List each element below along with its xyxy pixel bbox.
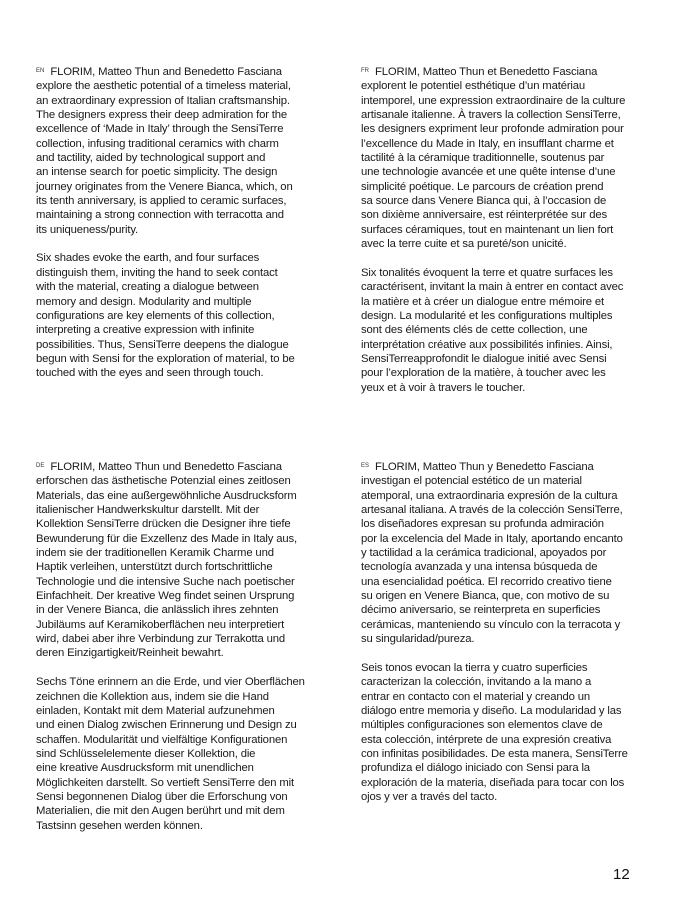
text-line: son dixième anniversaire, est réinterpré… [361,208,671,222]
text-line: yeux et à voir à travers le toucher. [361,381,671,395]
text-line: ENFLORIM, Matteo Thun and Benedetto Fasc… [36,64,346,79]
text-line: interprétation créative aux possibilités… [361,338,671,352]
text-line: touched with the eyes and seen through t… [36,366,346,380]
text-line: journey originates from the Venere Bianc… [36,180,346,194]
text-line: memory and design. Modularity and multip… [36,295,346,309]
language-tag: ES [361,463,369,469]
text-block-spanish: ESFLORIM, Matteo Thun y Benedetto Fascia… [361,459,671,804]
text-line: entrar en contacto con el material y cre… [361,690,671,704]
text-line: Technologie und die intensive Suche nach… [36,575,346,589]
text-line: profundiza el diálogo iniciado con Sensi… [361,761,671,775]
text-line: Sechs Töne erinnern an die Erde, und vie… [36,675,346,689]
text-line: intemporel, une expression extraordinair… [361,94,671,108]
text-line: begun with Sensi for the exploration of … [36,352,346,366]
text-line: Materials, das eine außergewöhnliche Aus… [36,489,346,503]
text-line: Tastsinn gesehen werden können. [36,819,346,833]
text-line: Six shades evoke the earth, and four sur… [36,251,346,265]
text-line: zeichnen die Kollektion aus, indem sie d… [36,690,346,704]
paragraph-1: ESFLORIM, Matteo Thun y Benedetto Fascia… [361,459,671,646]
text-line: indem sie der traditionellen Keramik Cha… [36,546,346,560]
text-line: Seis tonos evocan la tierra y cuatro sup… [361,661,671,675]
text-line: une technologie avancée et une quête int… [361,165,671,179]
text-line: design. La modularité et les configurati… [361,309,671,323]
paragraph-2: Seis tonos evocan la tierra y cuatro sup… [361,661,671,804]
text-line: Bewunderung für die Exzellenz des Made i… [36,532,346,546]
text-line: diálogo entre memoria y diseño. La modul… [361,704,671,718]
text-line: con infinitas posibilidades. De esta man… [361,747,671,761]
text-block-english: ENFLORIM, Matteo Thun and Benedetto Fasc… [36,64,346,381]
text-line: ESFLORIM, Matteo Thun y Benedetto Fascia… [361,459,671,474]
text-line: an extraordinary expression of Italian c… [36,94,346,108]
paragraph-2: Sechs Töne erinnern an die Erde, und vie… [36,675,346,833]
text-line: collection, infusing traditional ceramic… [36,137,346,151]
text-line: una esencialidad poética. El recorrido c… [361,575,671,589]
text-line: excellence of ‘Made in Italy’ through th… [36,122,346,136]
paragraph-1: DEFLORIM, Matteo Thun und Benedetto Fasc… [36,459,346,661]
text-line: los diseñadores expresan su profunda adm… [361,517,671,531]
page-number: 12 [613,866,630,883]
text-line: erforschen das ästhetische Potenzial ein… [36,474,346,488]
text-line: italienischer Handwerkskultur darstellt.… [36,503,346,517]
language-tag: EN [36,68,44,74]
text-line: maintaining a strong connection with ter… [36,208,346,222]
text-line: pour l’exploration de la matière, à touc… [361,366,671,380]
text-line: interpreting a creative expression with … [36,323,346,337]
text-line: su origen en Venere Bianca, que, con mot… [361,589,671,603]
text-line: sont des éléments clés de cette collecti… [361,323,671,337]
text-line: Kollektion SensiTerre drücken die Design… [36,517,346,531]
paragraph-2: Six shades evoke the earth, and four sur… [36,251,346,380]
text-line: avec la terre cuite et sa pureté/son uni… [361,237,671,251]
text-line: esta colección, intérprete de una expres… [361,733,671,747]
text-line: caracterizan la colección, invitando a l… [361,675,671,689]
text-line: investigan el potencial estético de un m… [361,474,671,488]
text-line: atemporal, una extraordinaria expresión … [361,489,671,503]
text-line: schaffen. Modularität und vielfältige Ko… [36,733,346,747]
text-line: und einen Dialog zwischen Erinnerung und… [36,718,346,732]
text-line: décimo aniversario, se reinterpreta en s… [361,603,671,617]
text-line: artesanal italiana. A través de la colec… [361,503,671,517]
text-line: l’excellence du Made in Italy, en insuff… [361,137,671,151]
text-line: ojos y ver a través del tacto. [361,790,671,804]
text-line: tecnología avanzada y una intensa búsque… [361,560,671,574]
text-line: Jubiläums auf Keramikoberflächen neu int… [36,618,346,632]
text-block-german: DEFLORIM, Matteo Thun und Benedetto Fasc… [36,459,346,833]
text-line: deren Einzigartigkeit/Reinheit bewahrt. [36,646,346,660]
language-tag: DE [36,463,44,469]
text-line: an intense search for poetic simplicity.… [36,165,346,179]
text-line: explorent le potentiel esthétique d’un m… [361,79,671,93]
text-line: por la excelencia del Made in Italy, apo… [361,532,671,546]
text-line: su singularidad/pureza. [361,632,671,646]
text-line: Einfachheit. Der kreative Weg findet sei… [36,589,346,603]
text-line: surfaces céramiques, tout en maintenant … [361,223,671,237]
text-line: wird, dabei aber ihre Verbindung zur Ter… [36,632,346,646]
paragraph-2: Six tonalités évoquent la terre et quatr… [361,266,671,395]
text-line: simplicité poétique. Le parcours de créa… [361,180,671,194]
text-line: Materialien, die mit den Augen berührt u… [36,804,346,818]
text-line: sind Schlüsselelemente dieser Kollektion… [36,747,346,761]
text-line: cerámicas, manteniendo su vínculo con la… [361,618,671,632]
text-line: tactilité à la céramique traditionnelle,… [361,151,671,165]
text-line: with the material, creating a dialogue b… [36,280,346,294]
text-block-french: FRFLORIM, Matteo Thun et Benedetto Fasci… [361,64,671,395]
text-line: les designers expriment leur profonde ad… [361,122,671,136]
text-line: sa source dans Venere Bianca qui, à l’oc… [361,194,671,208]
text-line: exploración de la materia, diseñada para… [361,776,671,790]
text-line: DEFLORIM, Matteo Thun und Benedetto Fasc… [36,459,346,474]
text-line: configurations are key elements of this … [36,309,346,323]
text-line: distinguish them, inviting the hand to s… [36,266,346,280]
text-line: caractérisent, invitant la main à entrer… [361,280,671,294]
paragraph-1: ENFLORIM, Matteo Thun and Benedetto Fasc… [36,64,346,237]
text-line: explore the aesthetic potential of a tim… [36,79,346,93]
text-line: SensiTerreapprofondit le dialogue initié… [361,352,671,366]
text-line: múltiples configuraciones son elementos … [361,718,671,732]
language-tag: FR [361,68,369,74]
text-line: and tactility, aided by technological su… [36,151,346,165]
text-line: Haptik verleihen, unterstützt durch fort… [36,560,346,574]
text-line: eine kreative Ausdrucksform mit unendlic… [36,761,346,775]
text-line: possibilities. Thus, SensiTerre deepens … [36,338,346,352]
text-line: Sensi begonnenen Dialog über die Erforsc… [36,790,346,804]
text-line: its uniqueness/purity. [36,223,346,237]
text-line: Möglichkeiten darstellt. So vertieft Sen… [36,776,346,790]
text-line: in der Venere Bianca, die anlässlich ihr… [36,603,346,617]
text-line: einladen, Kontakt mit dem Material aufzu… [36,704,346,718]
text-line: Six tonalités évoquent la terre et quatr… [361,266,671,280]
text-line: artisanale italienne. À travers la colle… [361,108,671,122]
text-line: its tenth anniversary, is applied to cer… [36,194,346,208]
text-line: y tactilidad a la cerámica tradicional, … [361,546,671,560]
paragraph-1: FRFLORIM, Matteo Thun et Benedetto Fasci… [361,64,671,251]
text-line: FRFLORIM, Matteo Thun et Benedetto Fasci… [361,64,671,79]
text-line: la matière et à créer un dialogue entre … [361,295,671,309]
text-line: The designers express their deep admirat… [36,108,346,122]
